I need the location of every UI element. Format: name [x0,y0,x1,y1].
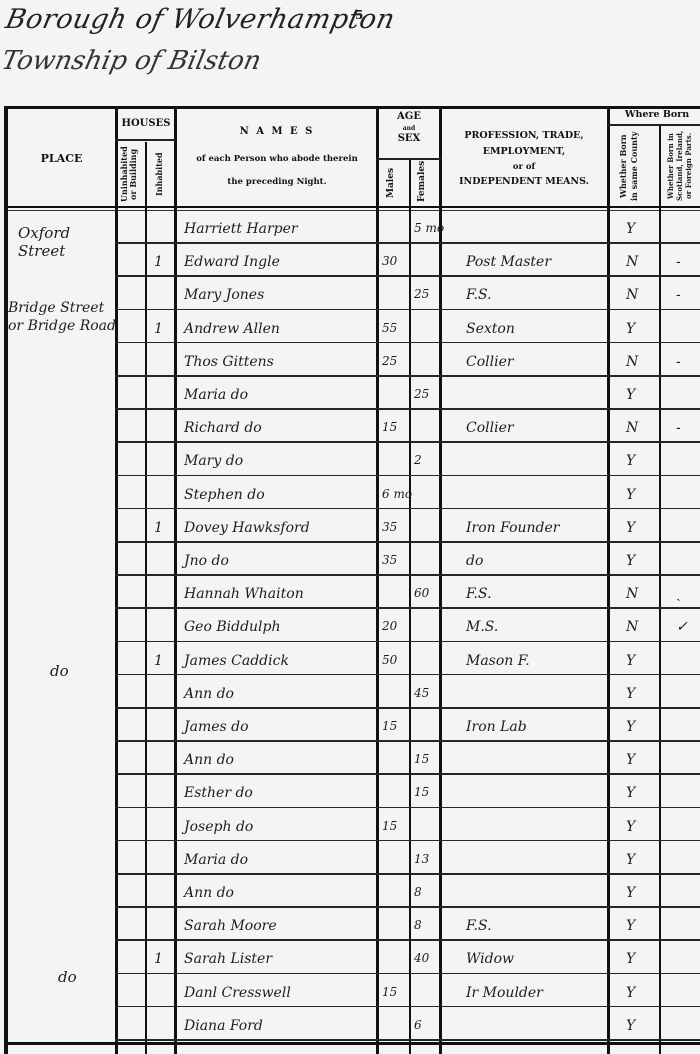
scotland-header: Whether Born in Scotland, Ireland, or Fo… [666,129,700,203]
male-age: 35 [382,520,397,534]
profession: Widow [466,951,514,967]
females-header: Females [417,164,431,202]
person-name: Jno do [184,553,229,569]
born-same-county: N [626,420,638,436]
row-rule [115,939,700,941]
row-rule [115,973,700,975]
female-age: 45 [414,686,429,700]
person-name: Mary do [184,453,243,469]
profession: F.S. [466,287,492,303]
male-age: 35 [382,553,397,567]
place-bridge-street: Bridge Street or Bridge Road [8,299,116,335]
male-age: 20 [382,619,397,633]
place-ditto-2: do [58,968,77,986]
person-name: Danl Cresswell [184,985,291,1001]
col-border-county [659,125,661,1054]
township-title: Township of Bilston [0,46,264,76]
row-rule [115,408,700,410]
person-name: Diana Ford [184,1018,263,1034]
person-name: James do [184,719,249,735]
born-same-county: N [626,586,638,602]
profession: Ir Moulder [466,985,543,1001]
person-name: Ann do [184,752,234,768]
inhabited-count: 1 [154,951,163,967]
female-age: 8 [414,918,422,932]
row-rule [115,807,700,809]
males-header: Males [386,164,400,202]
place-line: Street [18,242,70,260]
born-same-county: N [626,254,638,270]
profession: Sexton [466,321,515,337]
top-rule [4,106,700,109]
row-rule [115,906,700,908]
place-line: Bridge Street [8,299,116,317]
same-county-header: Whether Born in same County [618,129,648,203]
born-same-county: Y [626,553,635,569]
houses-header: HOUSES [117,118,175,129]
person-name: Harriett Harper [184,221,298,237]
place-oxford-street: Oxford Street [18,224,70,260]
col-border-inhabited [174,106,177,1054]
born-same-county: N [626,354,638,370]
row-rule [115,275,700,277]
born-same-county: Y [626,785,635,801]
person-name: Richard do [184,420,262,436]
born-same-county: Y [626,686,635,702]
male-age: 15 [382,420,397,434]
male-age: 25 [382,354,397,368]
male-age: 55 [382,321,397,335]
col-border-profession [607,106,610,1054]
row-rule [115,641,700,643]
profession: Iron Founder [466,520,559,536]
person-name: Maria do [184,387,248,403]
inhabited-count: 1 [154,520,163,536]
born-same-county: Y [626,951,635,967]
names-header: N A M E S [178,126,376,137]
female-age: 25 [414,287,429,301]
female-age: 8 [414,885,422,899]
age-rule [376,158,441,160]
place-ditto-1: do [50,662,69,680]
male-age: 15 [382,985,397,999]
person-name: Ann do [184,686,234,702]
female-age: 25 [414,387,429,401]
profession: Iron Lab [466,719,527,735]
uninhabited-header: Uninhabited or Building [120,146,142,202]
born-same-county: Y [626,453,635,469]
names-sub1: of each Person who abode therein [178,154,376,164]
born-same-county: N [626,287,638,303]
header-rule-2 [4,210,700,211]
names-sub2: the preceding Night. [178,177,376,187]
inhabited-count: 1 [154,653,163,669]
person-name: Thos Gittens [184,354,274,370]
where-born-rule [607,124,700,126]
person-name: Hannah Whaiton [184,586,304,602]
born-same-county: N [626,619,638,635]
row-rule [115,242,700,244]
row-rule [115,674,700,676]
born-foreign: ˎ [676,586,681,603]
female-age: 40 [414,951,429,965]
born-foreign: - [676,354,681,370]
profession-header-1: PROFESSION, TRADE, [441,130,607,141]
place-line: or Bridge Road [8,317,116,335]
row-rule [115,475,700,477]
col-border-uninhabited [145,142,147,1054]
male-age: 6 mo [382,487,412,501]
col-border-females [439,106,442,1054]
born-same-county: Y [626,752,635,768]
person-name: Dovey Hawksford [184,520,310,536]
profession: do [466,553,483,569]
col-border-place [115,106,118,1054]
born-same-county: Y [626,1018,635,1034]
row-rule [115,740,700,742]
male-age: 15 [382,819,397,833]
inhabited-header: Inhabited [154,146,166,202]
profession: Collier [466,354,514,370]
person-name: Sarah Moore [184,918,277,934]
female-age: 6 [414,1018,422,1032]
bottom-rule [4,1042,700,1045]
profession: F.S. [466,918,492,934]
row-rule [115,1039,700,1041]
born-same-county: Y [626,520,635,536]
born-foreign: - [676,287,681,303]
person-name: Stephen do [184,487,265,503]
male-age: 30 [382,254,397,268]
row-rule [115,508,700,510]
profession: F.S. [466,586,492,602]
born-same-county: Y [626,852,635,868]
inhabited-count: 1 [154,254,163,270]
profession-header-3: or of [441,162,607,172]
profession-header-4: INDEPENDENT MEANS. [441,176,607,187]
row-rule [115,607,700,609]
born-same-county: Y [626,719,635,735]
born-same-county: Y [626,387,635,403]
row-rule [115,441,700,443]
row-rule [115,342,700,344]
person-name: Sarah Lister [184,951,272,967]
born-same-county: Y [626,885,635,901]
row-rule [115,309,700,311]
census-sheet: PLACE HOUSES Uninhabited or Building Inh… [4,106,700,1054]
person-name: James Caddick [184,653,289,669]
female-age: 5 mo [414,221,444,235]
sex-header: SEX [378,133,440,144]
female-age: 15 [414,785,429,799]
row-rule [115,840,700,842]
born-foreign: - [676,420,681,436]
person-name: Geo Biddulph [184,619,281,635]
inhabited-count: 1 [154,321,163,337]
borough-title: Borough of Wolverhampton [3,4,398,35]
row-rule [115,707,700,709]
profession: Mason F. [466,653,530,669]
profession: Post Master [466,254,551,270]
person-name: Joseph do [184,819,253,835]
born-foreign: ✓ [676,619,688,635]
born-same-county: Y [626,487,635,503]
header-rule [4,206,700,208]
born-foreign: - [676,254,681,270]
row-rule [115,1006,700,1008]
born-same-county: Y [626,985,635,1001]
row-rule [115,873,700,875]
female-age: 15 [414,752,429,766]
houses-rule [115,139,176,141]
row-rule [115,541,700,543]
person-name: Mary Jones [184,287,264,303]
row-rule [115,574,700,576]
born-same-county: Y [626,918,635,934]
place-line: Oxford [18,224,70,242]
profession: Collier [466,420,514,436]
col-border-names [376,106,379,1054]
female-age: 13 [414,852,429,866]
born-same-county: Y [626,653,635,669]
profession: M.S. [466,619,498,635]
born-same-county: Y [626,221,635,237]
male-age: 50 [382,653,397,667]
born-same-county: Y [626,819,635,835]
row-rule [115,773,700,775]
age-and: and [378,125,440,132]
age-header: AGE [378,111,440,122]
where-born-header: Where Born [610,109,700,120]
person-name: Edward Ingle [184,254,280,270]
row-rule [115,375,700,377]
page-number: 5 [355,8,363,22]
person-name: Esther do [184,785,253,801]
place-header: PLACE [8,152,115,165]
female-age: 60 [414,586,429,600]
person-name: Ann do [184,885,234,901]
profession-header-2: EMPLOYMENT, [441,146,607,157]
person-name: Andrew Allen [184,321,280,337]
person-name: Maria do [184,852,248,868]
col-border-left [4,106,8,1054]
female-age: 2 [414,453,422,467]
male-age: 15 [382,719,397,733]
born-same-county: Y [626,321,635,337]
